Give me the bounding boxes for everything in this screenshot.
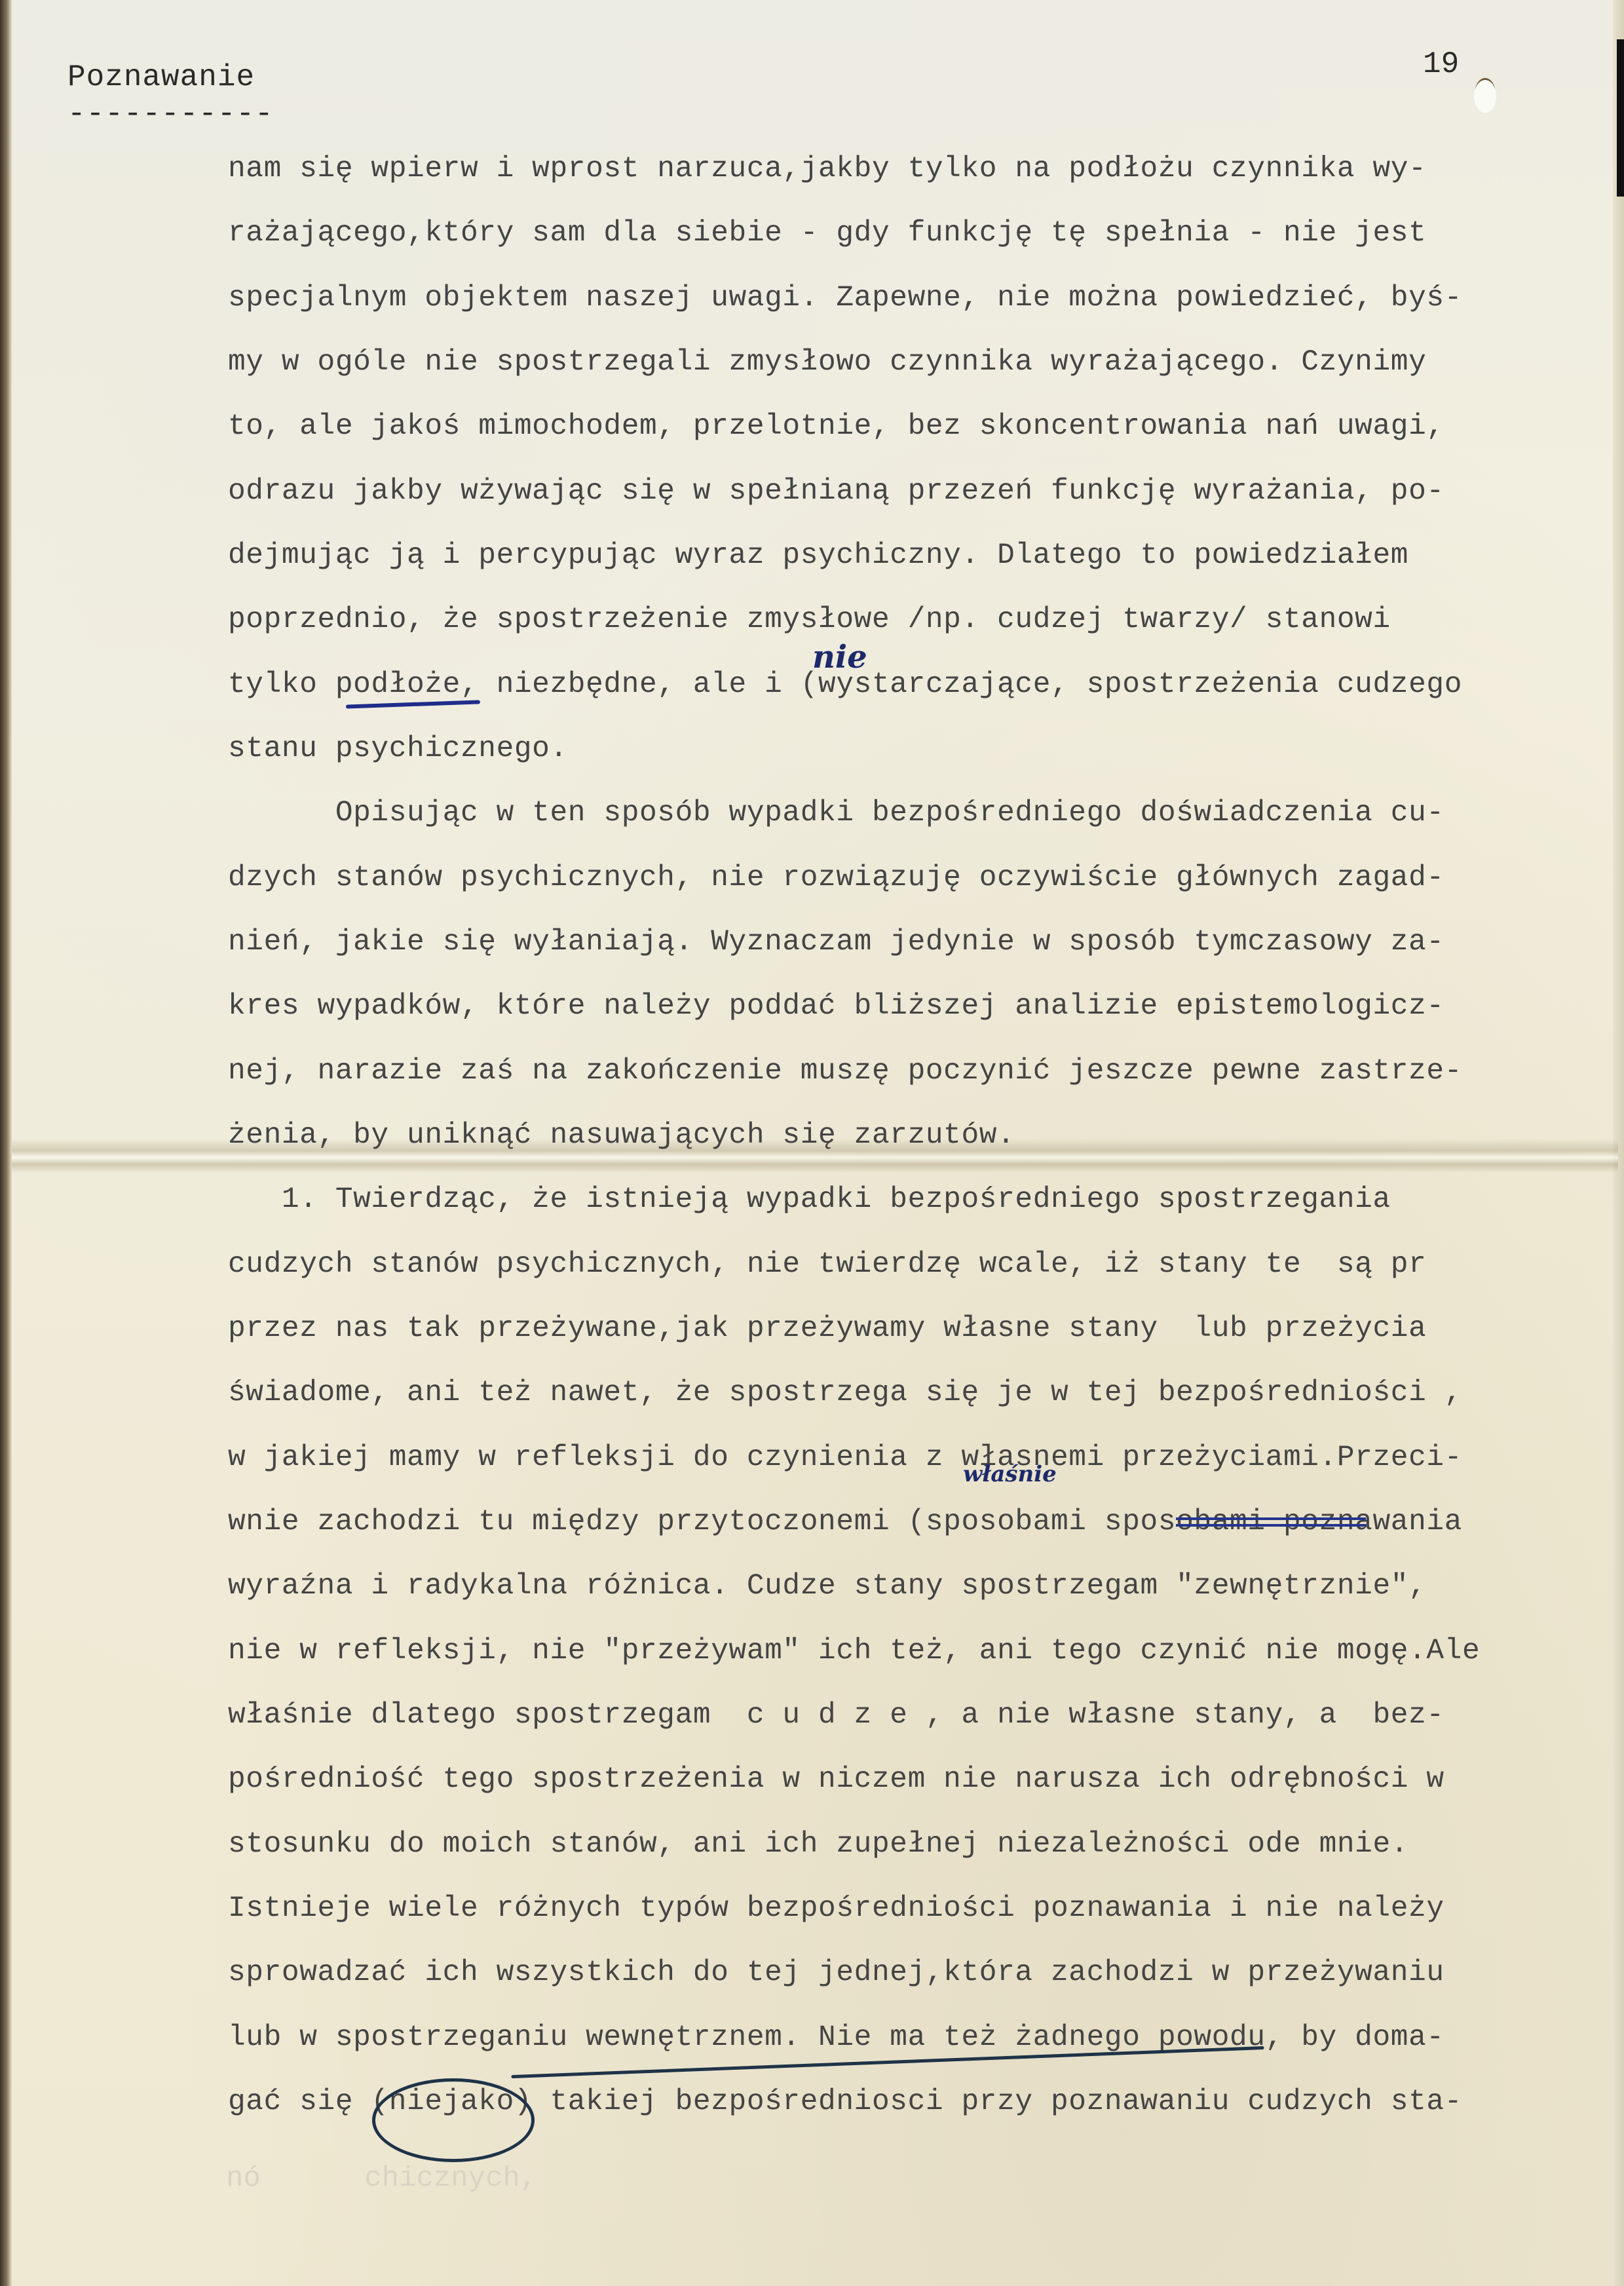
text-line: wnie zachodzi tu między przytoczonemi (s… (228, 1508, 1462, 1537)
text-line: nień, jakie się wyłaniają. Wyznaczam jed… (228, 928, 1445, 957)
text-line: nie w refleksji, nie "przeżywam" ich też… (228, 1637, 1480, 1666)
text-line: przez nas tak przeżywane,jak przeżywamy … (228, 1314, 1426, 1344)
text-line: stanu psychicznego. (228, 734, 568, 764)
text-line: stosunku do moich stanów, ani ich zupełn… (228, 1830, 1408, 1859)
text-line: specjalnym objektem naszej uwagi. Zapewn… (228, 284, 1462, 313)
page-number: 19 (1423, 47, 1459, 81)
text-line: rażającego,który sam dla siebie - gdy fu… (228, 219, 1426, 248)
header-dashed-rule: ----------- (67, 97, 274, 131)
ink-circle-niejako (372, 2078, 535, 2162)
text-line: to, ale jakoś mimochodem, przelotnie, be… (228, 412, 1445, 442)
text-line: poprzednio, że spostrzeżenie zmysłowe /n… (228, 605, 1391, 635)
text-line: pośredniość tego spostrzeżenia w niczem … (228, 1765, 1445, 1795)
text-line: w jakiej mamy w refleksji do czynienia z… (228, 1443, 1462, 1473)
text-line: dzych stanów psychicznych, nie rozwiązuj… (228, 864, 1445, 893)
text-line: nam się wpierw i wprost narzuca,jakby ty… (228, 155, 1426, 184)
scan-left-edge (0, 0, 12, 2286)
text-line: my w ogóle nie spostrzegali zmysłowo czy… (228, 348, 1426, 377)
text-line: Opisując w ten sposób wypadki bezpośredn… (228, 799, 1445, 828)
text-line: nej, narazie zaś na zakończenie muszę po… (228, 1057, 1462, 1086)
text-line: Istnieje wiele różnych typów bezpośredni… (228, 1894, 1445, 1924)
text-line: 1. Twierdząc, że istnieją wypadki bezpoś… (228, 1185, 1391, 1215)
text-line: odrazu jakby wżywając się w spełnianą pr… (228, 477, 1445, 506)
running-header-title: Poznawanie (67, 60, 255, 94)
punch-hole (1474, 80, 1496, 113)
text-line: kres wypadków, które należy poddać bliżs… (228, 992, 1445, 1021)
ink-insertion-wlasnie: właśnie (963, 1461, 1057, 1487)
bleed-through-text: nó chicznych, (226, 2162, 624, 2195)
ink-strikethrough-sposobami (1176, 1517, 1366, 1520)
ink-strikethrough-sposobami-2 (1176, 1524, 1366, 1527)
text-line: właśnie dlatego spostrzegam c u d z e , … (228, 1701, 1445, 1730)
text-line: żenia, by uniknąć nasuwających się zarzu… (228, 1121, 1015, 1151)
ink-insertion-nie: nie (812, 639, 867, 676)
text-line: cudzych stanów psychicznych, nie twierdz… (228, 1250, 1426, 1280)
text-line: wyraźna i radykalna różnica. Cudze stany… (228, 1572, 1426, 1601)
text-line: świadome, ani też nawet, że spostrzega s… (228, 1379, 1462, 1408)
scan-dark-strip (1617, 39, 1624, 197)
text-line: dejmując ją i percypując wyraz psychiczn… (228, 541, 1408, 571)
text-line: sprowadzać ich wszystkich do tej jednej,… (228, 1958, 1445, 1988)
